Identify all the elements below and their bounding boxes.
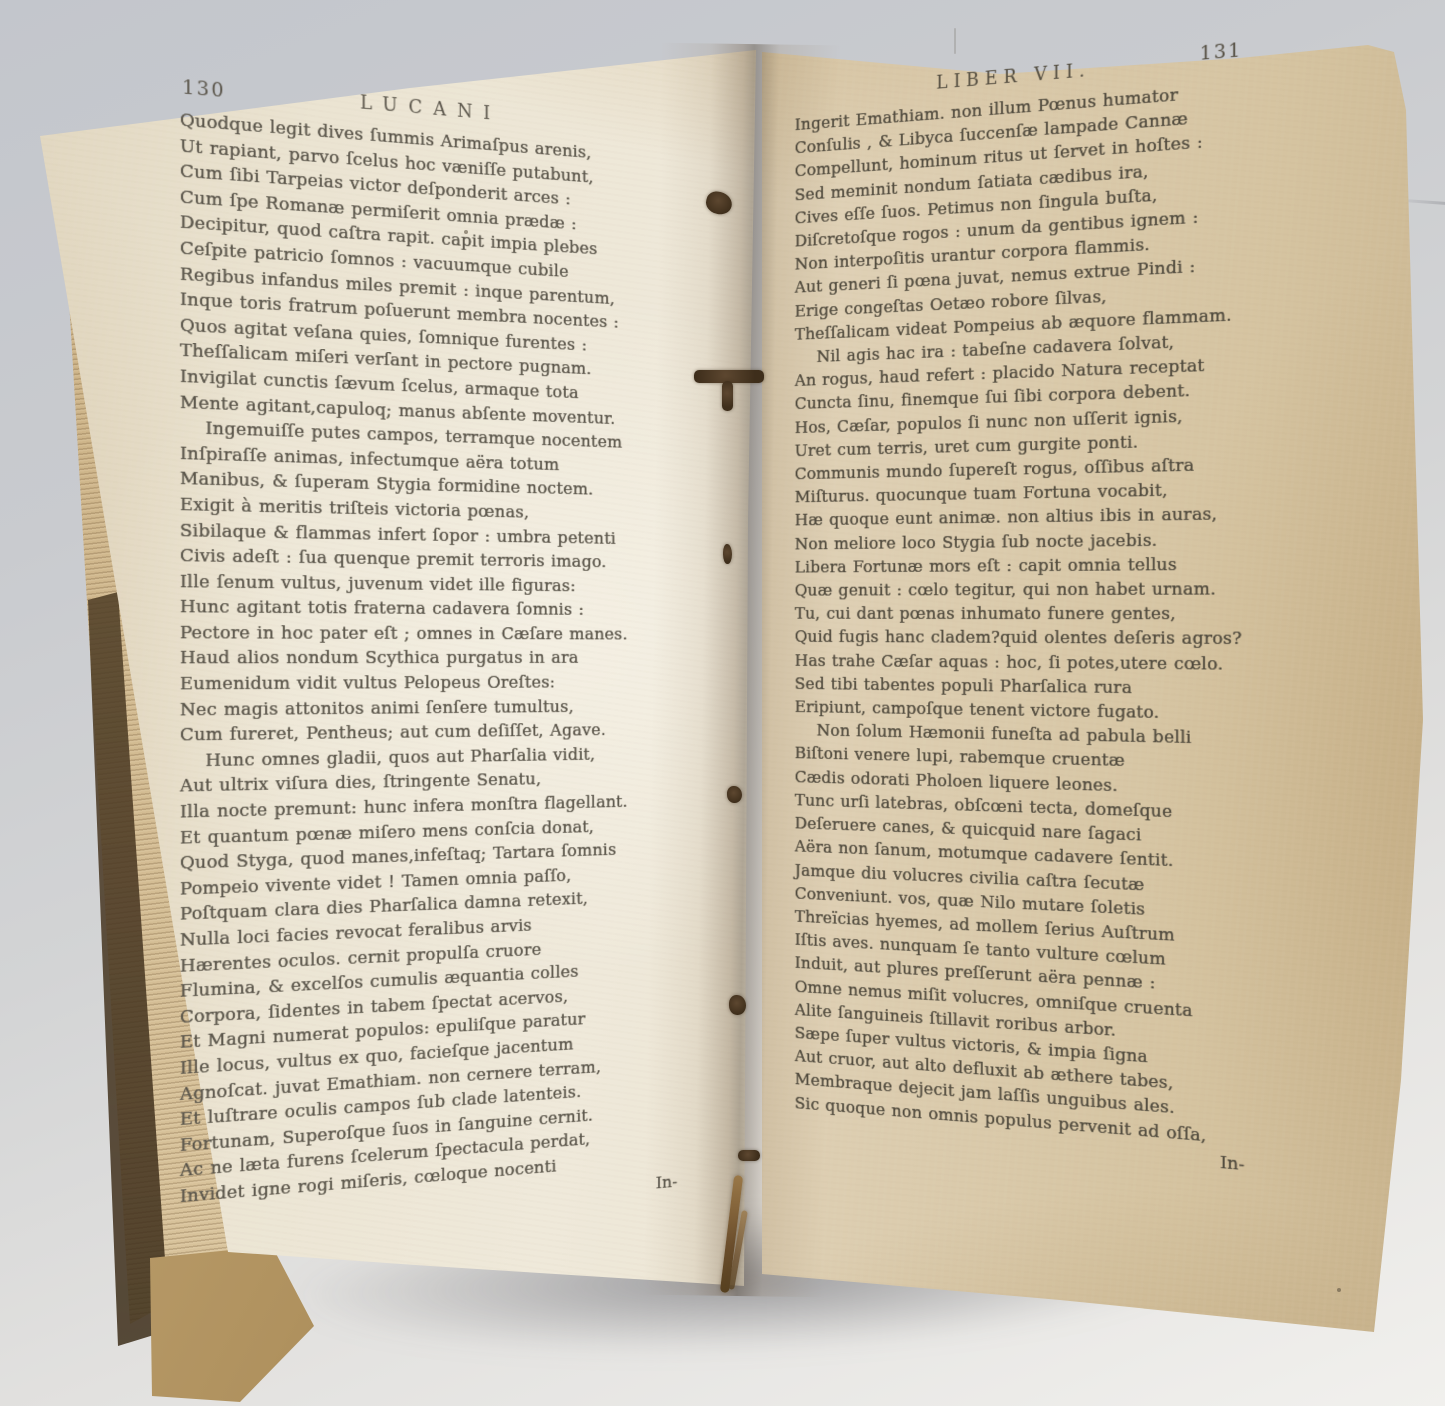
page-number: 131 — [1200, 40, 1243, 65]
verse-line: Quid fugis hanc cladem?quid olentes deſe… — [795, 626, 1310, 652]
verse-line: Tu, cui dant pœnas inhumato funere gente… — [795, 602, 1310, 627]
paper-speck — [954, 28, 956, 54]
page-number: 130 — [182, 77, 226, 103]
binding-stitch — [729, 995, 746, 1015]
binding-stitch — [722, 381, 733, 411]
binding-stitch — [738, 1150, 760, 1161]
book-photo: 130 LUCANI Quodque legit dives ſummis Ar… — [0, 0, 1445, 1406]
binding-stitch — [727, 786, 742, 803]
verse-lines: Quodque legit dives ſummis Arimaſpus are… — [180, 108, 701, 1210]
verse-line: Libera Fortunæ mors eſt : capit omnia te… — [795, 551, 1310, 579]
verse-line: Eumenidum vidit vultus Pelopeus Oreſtes: — [180, 670, 701, 697]
verse-line: Haud alios nondum Scythica purgatus in a… — [180, 646, 701, 672]
paper-speck — [1337, 1288, 1341, 1292]
verse-line: Quæ genuit : cœlo tegitur, qui non habet… — [795, 577, 1310, 603]
right-page-text: LIBER VII. 131 Ingerit Emathiam. non ill… — [795, 41, 1310, 1180]
left-page-text: 130 LUCANI Quodque legit dives ſummis Ar… — [180, 77, 701, 1234]
verse-line: Pectore in hoc pater eſt ; omnes in Cæſa… — [180, 620, 701, 646]
verse-lines: Ingerit Emathiam. non illum Pœnus humato… — [795, 72, 1310, 1156]
binding-stitch — [723, 544, 732, 564]
verse-line: Hunc agitant totis fraterna cadavera ſom… — [180, 595, 701, 623]
